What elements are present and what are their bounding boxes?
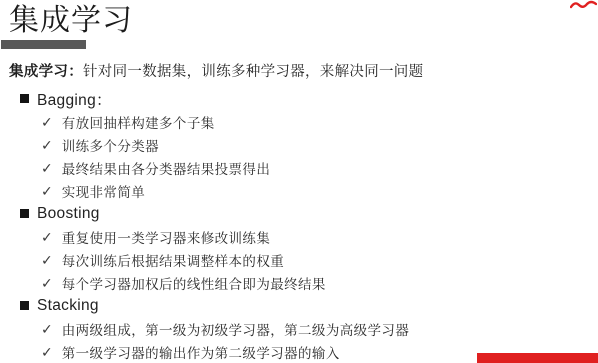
section-label: Bagging：	[37, 88, 112, 110]
list-item-text: 每次训练后根据结果调整样本的权重	[62, 250, 284, 270]
square-bullet-icon	[20, 301, 29, 310]
section-header-stacking: Stacking	[0, 294, 598, 317]
list-item: ✓ 重复使用一类学习器来修改训练集	[0, 225, 598, 248]
section-header-bagging: Bagging：	[0, 87, 598, 110]
check-bullet-icon: ✓	[41, 230, 53, 244]
list-item: ✓ 训练多个分类器	[0, 133, 598, 156]
list-item: ✓ 有放回抽样构建多个子集	[0, 110, 598, 133]
list-item-text: 实现非常简单	[62, 181, 145, 201]
check-bullet-icon: ✓	[41, 345, 53, 359]
list-item: ✓ 由两级组成，第一级为初级学习器，第二级为高级学习器	[0, 317, 598, 340]
intro-line: 集成学习：针对同一数据集，训练多种学习器，来解决同一问题	[9, 62, 569, 82]
check-bullet-icon: ✓	[41, 161, 53, 175]
list-item-text: 重复使用一类学习器来修改训练集	[62, 227, 271, 247]
list-item: ✓ 实现非常简单	[0, 179, 598, 202]
check-bullet-icon: ✓	[41, 138, 53, 152]
slide: 集成学习 集成学习：针对同一数据集，训练多种学习器，来解决同一问题 Baggin…	[0, 0, 598, 363]
red-scribble-icon	[570, 0, 597, 11]
intro-lead: 集成学习：	[9, 64, 83, 80]
list-item-text: 有放回抽样构建多个子集	[62, 112, 215, 132]
page-title: 集成学习	[9, 1, 133, 41]
square-bullet-icon	[20, 209, 29, 218]
outline-list: Bagging： ✓ 有放回抽样构建多个子集 ✓ 训练多个分类器 ✓ 最终结果由…	[0, 87, 598, 363]
list-item-text: 第一级学习器的输出作为第二级学习器的输入	[62, 342, 340, 362]
video-progress-bar[interactable]	[477, 353, 598, 363]
check-bullet-icon: ✓	[41, 322, 53, 336]
list-item: ✓ 每次训练后根据结果调整样本的权重	[0, 248, 598, 271]
list-item: ✓ 每个学习器加权后的线性组合即为最终结果	[0, 271, 598, 294]
check-bullet-icon: ✓	[41, 184, 53, 198]
section-header-boosting: Boosting	[0, 202, 598, 225]
list-item-text: 最终结果由各分类器结果投票得出	[62, 158, 271, 178]
check-bullet-icon: ✓	[41, 115, 53, 129]
intro-rest: 针对同一数据集，训练多种学习器，来解决同一问题	[83, 64, 423, 80]
section-label: Stacking	[37, 297, 99, 315]
list-item: ✓ 最终结果由各分类器结果投票得出	[0, 156, 598, 179]
title-underline	[1, 40, 86, 49]
list-item-text: 每个学习器加权后的线性组合即为最终结果	[62, 273, 326, 293]
check-bullet-icon: ✓	[41, 253, 53, 267]
check-bullet-icon: ✓	[41, 276, 53, 290]
list-item-text: 训练多个分类器	[62, 135, 159, 155]
section-label: Boosting	[37, 205, 100, 223]
list-item-text: 由两级组成，第一级为初级学习器，第二级为高级学习器	[62, 319, 410, 339]
square-bullet-icon	[20, 94, 29, 103]
